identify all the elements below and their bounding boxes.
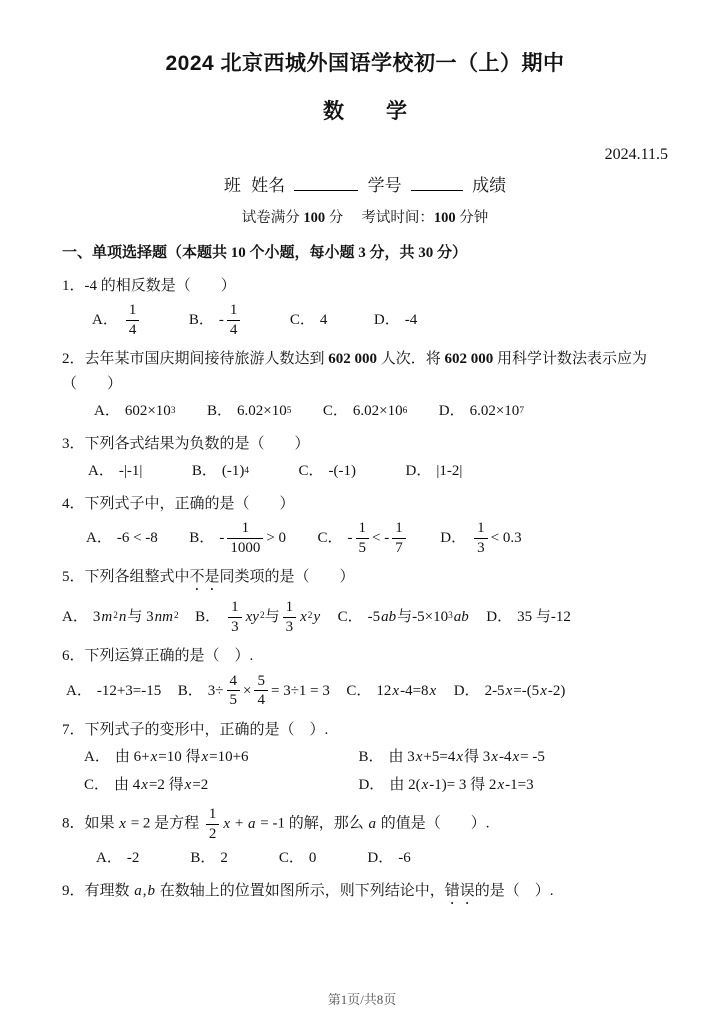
text-run: + [231, 816, 247, 832]
text-run: 一、单项选择题（本题共 [62, 245, 231, 261]
fraction: 12 [206, 806, 220, 842]
question-4-option-C: C．-15 < -17 [318, 520, 409, 556]
question-4-options-row-1: A．-6 < -8B．-11000 > 0C．-15 < -17D．13 < 0… [62, 520, 668, 556]
text-run: x [118, 816, 127, 832]
text-run: × [243, 680, 251, 703]
superscript: 7 [519, 405, 524, 419]
text-run: 用科学计数法表示应为 [493, 351, 647, 367]
question-2: 2．去年某市国庆期间接待旅游人数达到 602 000 人次．将 602 000 … [62, 348, 668, 423]
option-label: D． [406, 460, 432, 483]
question-1-option-A: A．14 [92, 302, 142, 338]
name-blank [294, 175, 358, 191]
text-run: -|-1| [119, 460, 143, 483]
question-3: 3．下列各式结果为负数的是（ ）A．-|-1|B．(-1)4C．-(-1)D．|… [62, 433, 668, 483]
text-run: a [133, 883, 143, 899]
text-run: x [299, 606, 308, 629]
text-run: x [511, 746, 520, 769]
text-run: x [391, 680, 400, 703]
text-run: 由 2( [389, 774, 420, 797]
text-run: -1)= 3 得 2 [429, 774, 496, 797]
text-run: 个小题，每小题 [246, 245, 359, 261]
text-run: 由 3 [388, 746, 414, 769]
text-run: x [184, 774, 193, 797]
question-2-option-C: C．6.02×106 [323, 400, 407, 423]
page-title: 2024 北京西城外国语学校初一（上）期中 [62, 48, 668, 80]
fraction: 13 [474, 520, 488, 556]
name-label: 姓名 [251, 176, 285, 195]
question-8-options-row-1: A．-2B．2C．0D．-6 [62, 847, 668, 870]
text-run: 的值是（ ）. [377, 816, 490, 832]
text-run: b [147, 883, 157, 899]
text-run: x [421, 774, 430, 797]
text-run: 与 3 [127, 606, 153, 629]
text-run: -4 [499, 746, 512, 769]
text-run: a [368, 816, 378, 832]
text-run: 35 与-12 [517, 606, 571, 629]
text-run: 6．下列运算正确的是（ ）. [62, 648, 253, 664]
text-run: x [455, 746, 464, 769]
text-run: m [100, 606, 113, 629]
question-8-option-B: B．2 [190, 847, 228, 870]
option-label: A． [62, 606, 88, 629]
option-label: D． [374, 309, 400, 332]
question-1: 1．-4 的相反数是（ ）A．14B．-14C．4D．-4 [62, 275, 668, 339]
option-label: C． [84, 774, 109, 797]
text-run: =2 得 [149, 774, 184, 797]
question-4-option-A: A．-6 < -8 [86, 527, 158, 550]
text-run: 6.02×10 [237, 400, 287, 423]
question-7-options-row-1: A．由 6+x=10 得 x=10+6B．由 3x+5=4x 得 3x-4x= … [62, 746, 668, 769]
question-5: 5．下列各组整式中不是同类项的是（ ）A．3m2n 与 3nm2B．13xy2 … [62, 566, 668, 635]
text-run: < - [372, 527, 389, 550]
question-5-option-B: B．13xy2 与 13x2y [195, 599, 321, 635]
text-run: n [118, 606, 128, 629]
question-1-stem-line-1: 1．-4 的相反数是（ ） [62, 275, 668, 298]
question-8-option-D: D．-6 [367, 847, 410, 870]
option-label: B． [207, 400, 232, 423]
question-2-option-D: D．6.02×107 [439, 400, 524, 423]
option-label: B． [189, 527, 214, 550]
text-run: x [140, 774, 149, 797]
text-run: -12+3=-15 [97, 680, 161, 703]
text-run: = 2 是方程 [127, 816, 203, 832]
option-label: D． [440, 527, 466, 550]
question-2-option-B: B．6.02×105 [207, 400, 291, 423]
text-run: 7．下列式子的变形中，正确的是（ ）. [62, 722, 328, 738]
text-run: -6 [398, 847, 411, 870]
page-footer: 第1页/共8页 [0, 989, 724, 1008]
question-5-options-row-1: A．3m2n 与 3nm2B．13xy2 与 13x2yC．-5ab 与-5×1… [62, 599, 668, 635]
fraction: 14 [227, 302, 241, 338]
text-run: -2) [548, 680, 566, 703]
text-run: = -1 的解，那么 [257, 816, 368, 832]
question-9: 9．有理数 a,b 在数轴上的位置如图所示，则下列结论中，错误的是（ ）. [62, 880, 668, 908]
option-label: C． [299, 460, 324, 483]
text-run: - [348, 527, 353, 550]
text-run: nm [154, 606, 174, 629]
text-run: 得 3 [464, 746, 490, 769]
option-label: D． [439, 400, 465, 423]
text-run: 100 [434, 210, 456, 226]
text-run: 8．如果 [62, 816, 118, 832]
text-run: -4 [405, 309, 418, 332]
text-run: |1-2| [436, 460, 462, 483]
exam-date: 2024.11.5 [62, 143, 668, 167]
text-run: =10 得 [158, 746, 200, 769]
text-run: < 0.3 [491, 527, 522, 550]
text-run: 602 000 [445, 351, 494, 367]
question-7-options-row-2: C．由 4x=2 得 x=2D．由 2(x-1)= 3 得 2x-1=3 [62, 774, 668, 797]
question-7-option-A: A．由 6+x=10 得 x=10+6 [84, 746, 358, 769]
superscript: 5 [287, 405, 292, 419]
text-run: = -5 [520, 746, 545, 769]
text-run: 2．去年某市国庆期间接待旅游人数达到 [62, 351, 328, 367]
text-run: （ ） [62, 376, 122, 392]
question-6: 6．下列运算正确的是（ ）.A．-12+3=-15B．3÷45×54= 3÷1 … [62, 645, 668, 709]
score-label: 成绩 [472, 176, 506, 195]
fraction: 13 [228, 599, 242, 635]
text-run: 分钟 [456, 210, 489, 226]
text-run: xy [245, 606, 260, 629]
text-run: -2 [127, 847, 140, 870]
text-run: 的是（ ）. [475, 883, 554, 899]
text-run: 30 [418, 245, 433, 261]
question-1-option-B: B．-14 [189, 302, 244, 338]
text-run: +5=4 [423, 746, 455, 769]
text-run: > 0 [266, 527, 286, 550]
superscript: 2 [174, 610, 179, 624]
option-label: A． [96, 847, 122, 870]
option-label: B． [189, 309, 214, 332]
text-run: 由 4 [114, 774, 140, 797]
question-3-option-C: C．-(-1) [299, 460, 357, 483]
fraction: 54 [254, 673, 268, 709]
question-4-stem-line-1: 4．下列式子中，正确的是（ ） [62, 493, 668, 516]
text-run: 在数轴上的位置如图所示，则下列结论中， [156, 883, 445, 899]
text-run: =10+6 [209, 746, 248, 769]
text-run: y [312, 606, 321, 629]
text-run: 分，共 [366, 245, 419, 261]
text-run: -6 < -8 [117, 527, 158, 550]
exam-page: 2024 北京西城外国语学校初一（上）期中 数 学 2024.11.5 班 姓名… [0, 0, 724, 1024]
text-run: 由 6+ [115, 746, 150, 769]
text-run: x [539, 680, 548, 703]
text-run: 3 [93, 606, 101, 629]
option-label: B． [178, 680, 203, 703]
question-8-option-A: A．-2 [96, 847, 139, 870]
text-run: - [219, 527, 224, 550]
student-id-blank [411, 175, 463, 191]
text-run: 与 [265, 606, 280, 629]
text-run: 分 考试时间： [325, 210, 434, 226]
text-run: -1=3 [505, 774, 533, 797]
superscript: 4 [244, 465, 249, 479]
question-2-stem-line-1: 2．去年某市国庆期间接待旅游人数达到 602 000 人次．将 602 000 … [62, 348, 668, 371]
text-run: x [505, 680, 514, 703]
superscript: 6 [403, 405, 408, 419]
text-run: = 3÷1 = 3 [271, 680, 330, 703]
text-run: 1．-4 的相反数是（ ） [62, 278, 236, 294]
question-3-option-B: B．(-1)4 [192, 460, 249, 483]
option-label: B． [192, 460, 217, 483]
text-run: -(-1) [329, 460, 356, 483]
question-8-option-C: C．0 [279, 847, 317, 870]
option-label: C． [346, 680, 371, 703]
option-label: B． [190, 847, 215, 870]
fraction: 17 [392, 520, 406, 556]
text-run: x [415, 746, 424, 769]
text-run: 5．下列各组整式中 [62, 569, 190, 585]
question-8-stem-line-1: 8．如果 x = 2 是方程 12x + a = -1 的解，那么 a 的值是（… [62, 806, 668, 842]
fraction: 11000 [227, 520, 263, 556]
fraction: 45 [227, 673, 241, 709]
question-6-option-B: B．3÷45×54= 3÷1 = 3 [178, 673, 330, 709]
text-run: 同类项的是（ ） [220, 569, 355, 585]
question-7-option-C: C．由 4x=2 得 x=2 [84, 774, 358, 797]
text-run: 分） [433, 245, 467, 261]
option-label: D． [367, 847, 393, 870]
option-label: A． [84, 746, 110, 769]
question-2-option-A: A．602×103 [94, 400, 175, 423]
question-7-option-D: D．由 2(x-1)= 3 得 2x-1=3 [358, 774, 632, 797]
question-6-option-D: D．2-5x=-(5x-2) [454, 680, 566, 703]
option-label: D． [486, 606, 512, 629]
text-run: 3 [358, 245, 366, 261]
text-run: 不是 [190, 569, 220, 585]
text-run: 与-5×10 [397, 606, 448, 629]
option-label: A． [88, 460, 114, 483]
question-8: 8．如果 x = 2 是方程 12x + a = -1 的解，那么 a 的值是（… [62, 806, 668, 870]
question-4: 4．下列式子中，正确的是（ ）A．-6 < -8B．-11000 > 0C．-1… [62, 493, 668, 557]
question-6-option-C: C．12x-4=8x [346, 680, 437, 703]
question-5-option-A: A．3m2n 与 3nm2 [62, 606, 179, 629]
question-6-options-row-1: A．-12+3=-15B．3÷45×54= 3÷1 = 3C．12x-4=8xD… [62, 673, 668, 709]
question-7: 7．下列式子的变形中，正确的是（ ）.A．由 6+x=10 得 x=10+6B．… [62, 719, 668, 797]
text-run: =2 [192, 774, 208, 797]
text-run: =-(5 [513, 680, 539, 703]
question-3-option-A: A．-|-1| [88, 460, 142, 483]
text-run: (-1) [222, 460, 245, 483]
text-run: 错误 [445, 883, 475, 899]
question-5-option-D: D．35 与-12 [486, 606, 571, 629]
question-7-stem-line-1: 7．下列式子的变形中，正确的是（ ）. [62, 719, 668, 742]
text-run: 6.02×10 [470, 400, 520, 423]
text-run: -5 [368, 606, 381, 629]
subject-title: 数 学 [62, 96, 668, 128]
text-run: -4=8 [400, 680, 428, 703]
student-id-label: 学号 [368, 176, 402, 195]
question-2-options-row-1: A．602×103B．6.02×105C．6.02×106D．6.02×107 [62, 400, 668, 423]
text-run: 2 [220, 847, 228, 870]
fraction: 15 [356, 520, 370, 556]
text-run: 3÷ [208, 680, 224, 703]
text-run: 人次．将 [377, 351, 445, 367]
exam-meta-line: 试卷满分 100 分 考试时间：100 分钟 [62, 208, 668, 230]
question-2-stem-line-2: （ ） [62, 373, 668, 396]
student-info-line: 班 姓名 学号 成绩 [62, 173, 668, 199]
text-run: 602 000 [328, 351, 377, 367]
page-content: 2024 北京西城外国语学校初一（上）期中 数 学 2024.11.5 班 姓名… [0, 0, 724, 908]
question-4-option-B: B．-11000 > 0 [189, 520, 286, 556]
text-run: 10 [231, 245, 246, 261]
question-6-option-A: A．-12+3=-15 [66, 680, 161, 703]
option-label: B． [195, 606, 220, 629]
option-label: D． [454, 680, 480, 703]
question-1-option-C: C．4 [290, 309, 328, 332]
text-run: x [150, 746, 159, 769]
text-run: x [496, 774, 505, 797]
option-label: A． [86, 527, 112, 550]
text-run: , [143, 883, 147, 899]
text-run: 4 [320, 309, 328, 332]
question-1-options-row-1: A．14B．-14C．4D．-4 [62, 302, 668, 338]
option-label: C． [318, 527, 343, 550]
text-run: ab [453, 606, 470, 629]
question-9-stem-line-1: 9．有理数 a,b 在数轴上的位置如图所示，则下列结论中，错误的是（ ）. [62, 880, 668, 908]
text-run: x [200, 746, 209, 769]
option-label: C． [279, 847, 304, 870]
text-run: 100 [303, 210, 325, 226]
text-run: 0 [309, 847, 317, 870]
text-run: - [219, 309, 224, 332]
question-3-stem-line-1: 3．下列各式结果为负数的是（ ） [62, 433, 668, 456]
text-run: 6.02×10 [353, 400, 403, 423]
text-run: x [222, 816, 231, 832]
question-5-stem-line-1: 5．下列各组整式中不是同类项的是（ ） [62, 566, 668, 594]
text-run: 4．下列式子中，正确的是（ ） [62, 496, 295, 512]
questions-list: 1．-4 的相反数是（ ）A．14B．-14C．4D．-42．去年某市国庆期间接… [62, 275, 668, 908]
question-1-option-D: D．-4 [374, 309, 417, 332]
question-4-option-D: D．13 < 0.3 [440, 520, 521, 556]
fraction: 13 [283, 599, 297, 635]
superscript: 3 [171, 405, 176, 419]
text-run: x [490, 746, 499, 769]
text-run: 9．有理数 [62, 883, 133, 899]
class-label: 班 [224, 176, 241, 195]
text-run: a [247, 816, 257, 832]
question-3-option-D: D．|1-2| [406, 460, 463, 483]
text-run: 12 [376, 680, 391, 703]
text-run: 试卷满分 [242, 210, 304, 226]
option-label: A． [92, 309, 118, 332]
question-5-option-C: C．-5ab 与-5×103ab [338, 606, 470, 629]
option-label: C． [323, 400, 348, 423]
text-run: 602×10 [125, 400, 171, 423]
option-label: C． [290, 309, 315, 332]
question-6-stem-line-1: 6．下列运算正确的是（ ）. [62, 645, 668, 668]
option-label: A． [66, 680, 92, 703]
question-7-option-B: B．由 3x+5=4x 得 3x-4x= -5 [358, 746, 632, 769]
option-label: A． [94, 400, 120, 423]
text-run: 2-5 [485, 680, 505, 703]
fraction: 14 [126, 302, 140, 338]
section-heading: 一、单项选择题（本题共 10 个小题，每小题 3 分，共 30 分） [62, 242, 668, 265]
text-run: 3．下列各式结果为负数的是（ ） [62, 436, 310, 452]
option-label: C． [338, 606, 363, 629]
text-run: ab [380, 606, 397, 629]
option-label: B． [358, 746, 383, 769]
question-3-options-row-1: A．-|-1|B．(-1)4C．-(-1)D．|1-2| [62, 460, 668, 483]
option-label: D． [358, 774, 384, 797]
text-run: x [429, 680, 438, 703]
